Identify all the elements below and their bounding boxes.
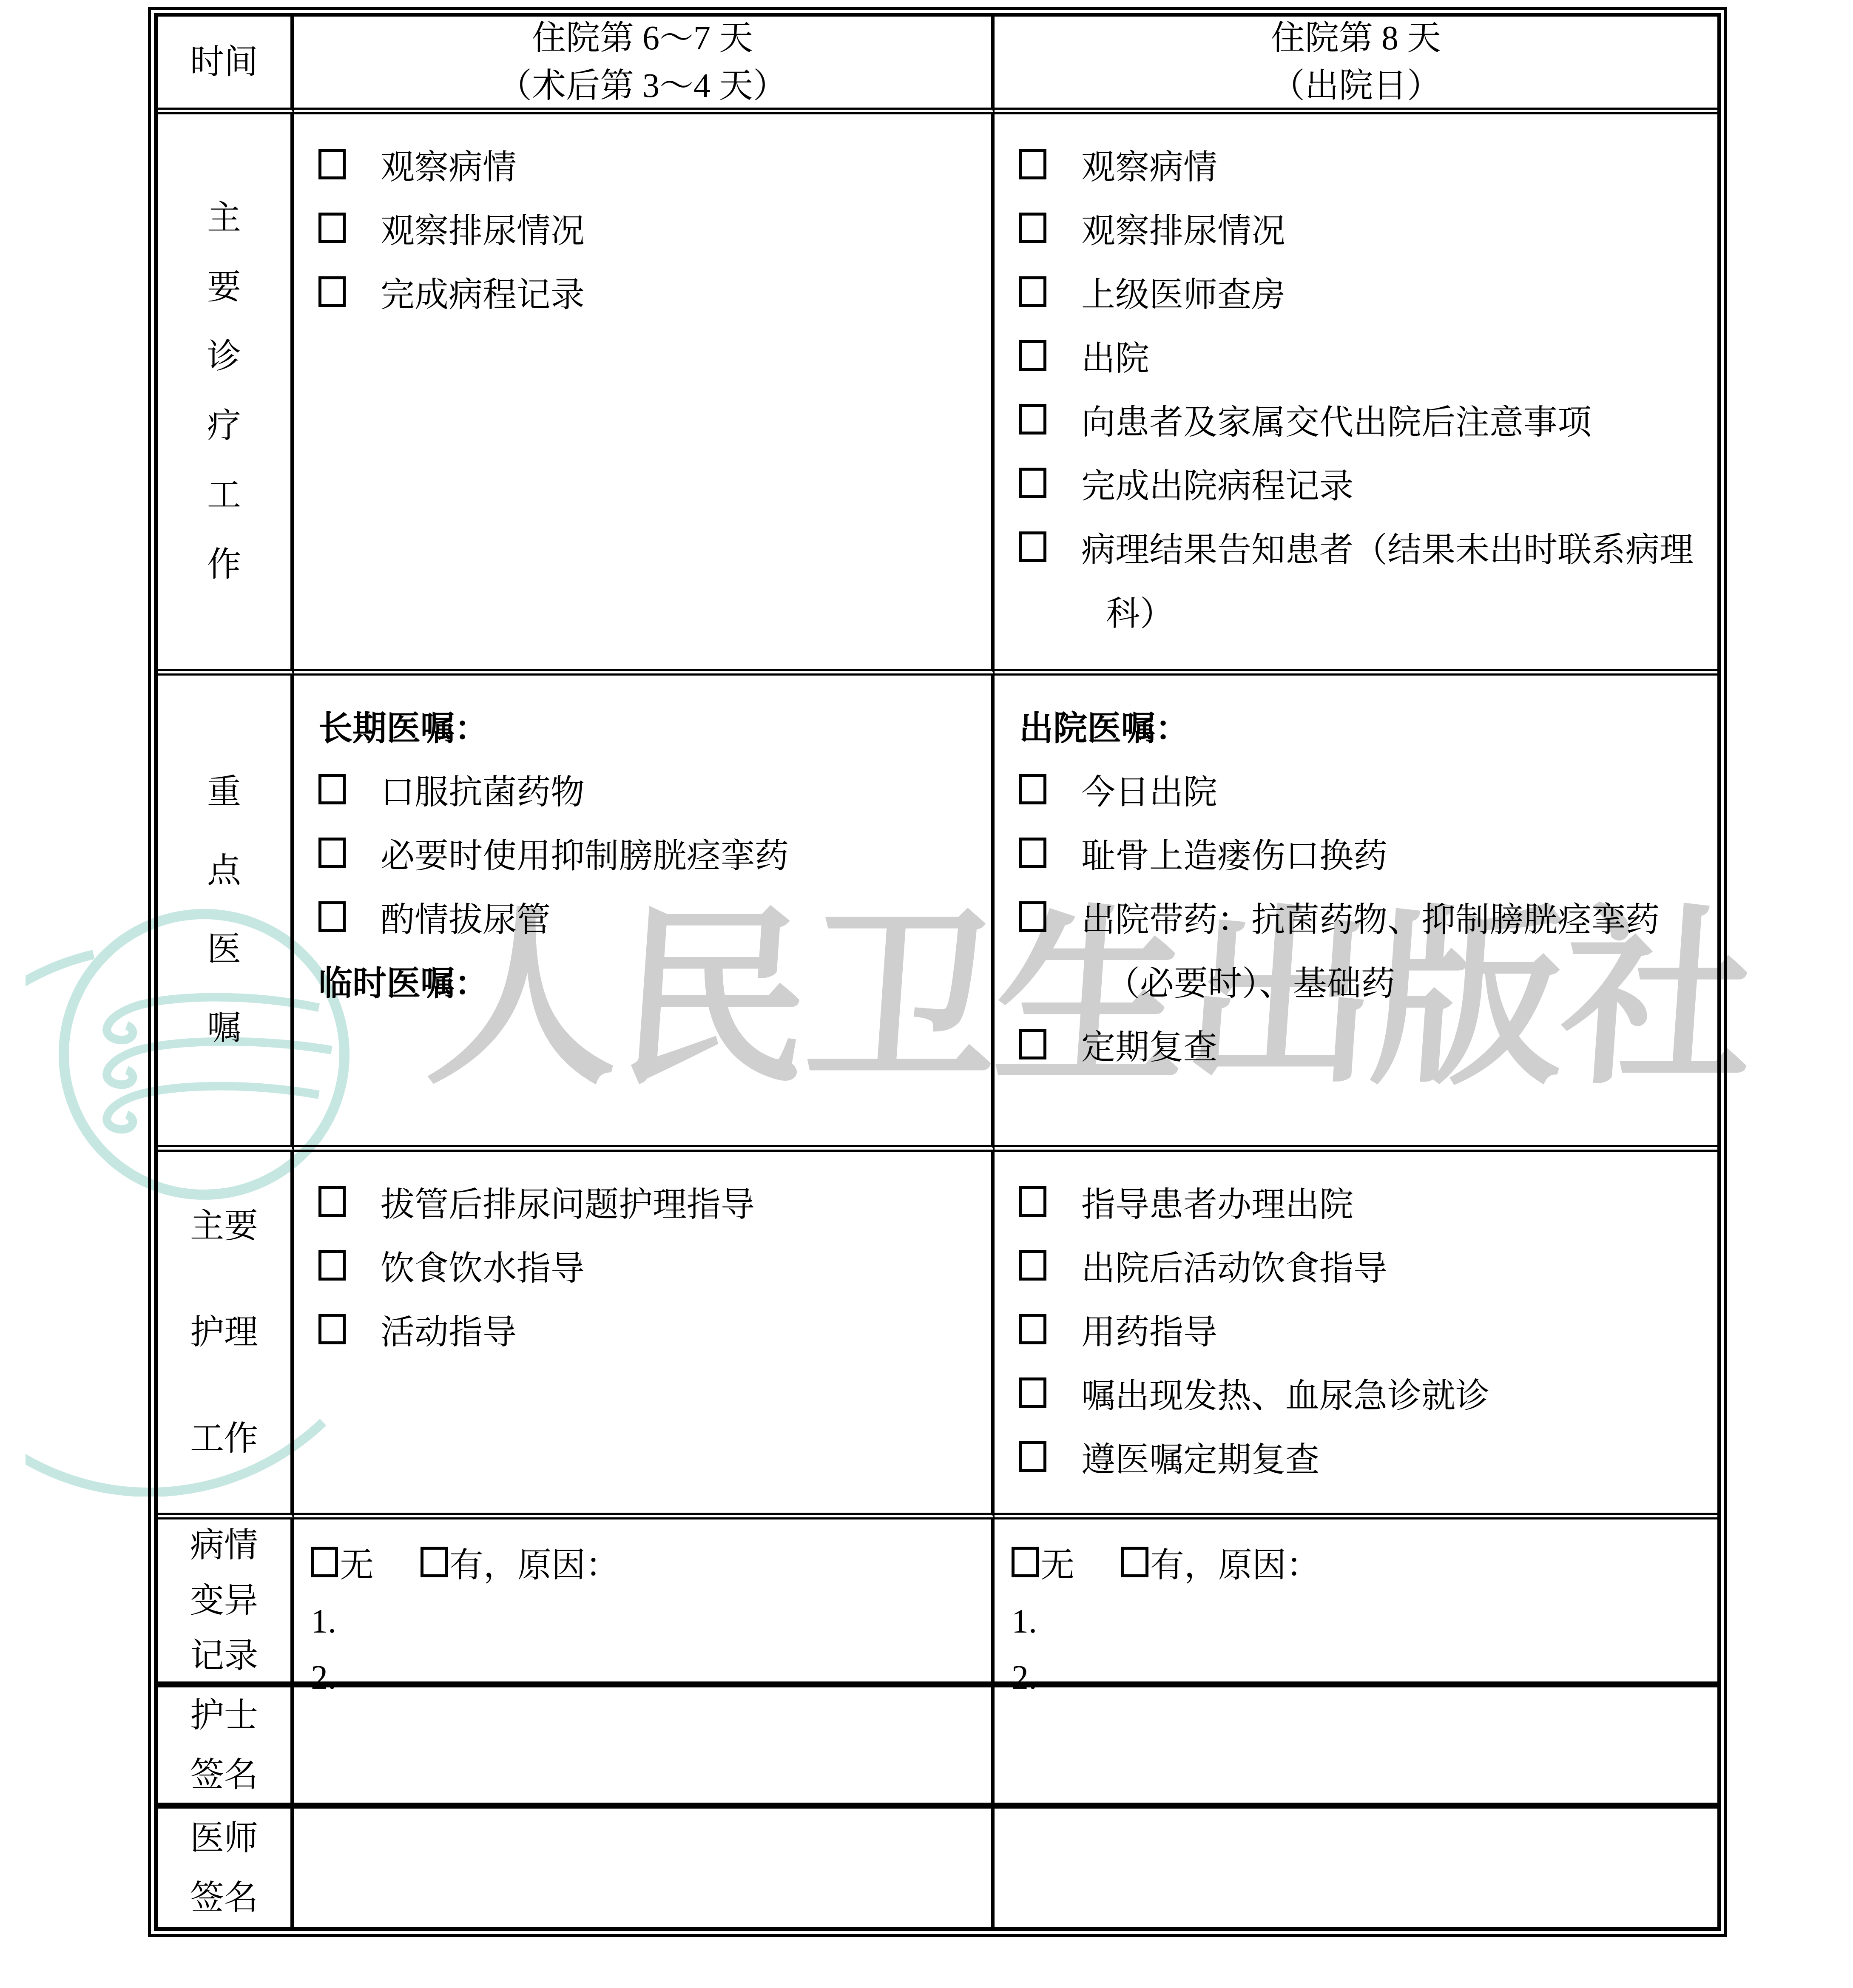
doctor-signature-day8-field[interactable] xyxy=(995,1809,1717,1927)
checklist-item: 耻骨上造瘘伤口换药 xyxy=(1019,824,1698,888)
header-day67-cell: 住院第 6～7 天 （术后第 3～4 天） xyxy=(294,17,995,114)
checklist-item: 今日出院 xyxy=(1019,761,1698,824)
row-label-char: 签名 xyxy=(190,1868,258,1928)
checklist-item: 观察排尿情况 xyxy=(1019,199,1698,263)
checklist-item-label: 出院带药：抗菌药物、抑制膀胱痉挛药（必要时）、基础药 xyxy=(1081,901,1660,1003)
row-label-variation: 病情变异记录 xyxy=(158,1519,294,1687)
row-label-char: 诊 xyxy=(207,322,241,392)
row-label-char: 嘱 xyxy=(207,989,241,1068)
checklist-item: 完成出院病程记录 xyxy=(1019,454,1698,518)
scanned-clinical-pathway-page: 人民卫生出版社 时间 住院第 6～7 天 （术后第 3～4 天） 住院第 8 天… xyxy=(0,0,1853,1988)
header-day8-line1: 住院第 8 天 xyxy=(1271,14,1441,62)
row-label-char: 工作 xyxy=(190,1386,258,1492)
header-day67-line1: 住院第 6～7 天 xyxy=(532,14,753,62)
checklist-item: 观察排尿情况 xyxy=(318,199,972,263)
row-label-char: 疗 xyxy=(207,392,241,461)
treatment-day8-cell: 观察病情 观察排尿情况 上级医师查房 出院 向患者及家属交代出院后注意事项 完成… xyxy=(995,114,1717,676)
checkbox[interactable] xyxy=(1019,404,1046,435)
checkbox[interactable] xyxy=(1019,774,1046,804)
checklist-item-label: 出院后活动饮食指导 xyxy=(1081,1250,1387,1287)
variation-day67-cell: 无有，原因： 1. 2. xyxy=(294,1519,995,1687)
checkbox[interactable] xyxy=(1019,838,1046,868)
clinical-pathway-table: 时间 住院第 6～7 天 （术后第 3～4 天） 住院第 8 天 （出院日） 主… xyxy=(148,7,1727,1937)
nurse-signature-day67-field[interactable] xyxy=(294,1687,995,1809)
checklist-item-label: 口服抗菌药物 xyxy=(381,774,585,811)
checkbox[interactable] xyxy=(1019,149,1046,179)
row-label-char: 护理 xyxy=(190,1279,258,1386)
checklist-item: 观察病情 xyxy=(1019,136,1698,199)
checkbox[interactable] xyxy=(1019,531,1046,562)
variation-yes-label: 有，原因： xyxy=(1150,1547,1320,1584)
checkbox[interactable] xyxy=(318,213,346,243)
checkbox-none[interactable] xyxy=(311,1547,338,1577)
variation-reason-line-1: 1. xyxy=(311,1593,974,1650)
checklist-item-label: 病理结果告知患者（结果未出时联系病理科） xyxy=(1081,531,1694,633)
checkbox[interactable] xyxy=(1019,276,1046,307)
checkbox[interactable] xyxy=(318,901,346,932)
checklist-item-label: 观察病情 xyxy=(1081,149,1217,186)
checklist-item: 饮食饮水指导 xyxy=(318,1237,972,1301)
checkbox[interactable] xyxy=(1019,1029,1046,1059)
temporary-orders-heading: 临时医嘱： xyxy=(318,952,972,1016)
discharge-orders-heading: 出院医嘱： xyxy=(1019,697,1698,761)
checkbox[interactable] xyxy=(1019,1314,1046,1344)
checklist-item-label: 完成病程记录 xyxy=(381,276,585,314)
variation-options-line: 无有，原因： xyxy=(1012,1537,1700,1593)
checklist-item-label: 观察排尿情况 xyxy=(381,213,585,250)
checklist-item: 出院带药：抗菌药物、抑制膀胱痉挛药（必要时）、基础药 xyxy=(1019,888,1698,1016)
checklist-item-label: 用药指导 xyxy=(1081,1314,1217,1351)
checklist-item: 酌情拔尿管 xyxy=(318,888,972,952)
row-label-char: 主要 xyxy=(190,1173,258,1279)
checklist-item-label: 拔管后排尿问题护理指导 xyxy=(381,1186,755,1224)
variation-yes-label: 有，原因： xyxy=(449,1547,620,1584)
checklist-item-label: 向患者及家属交代出院后注意事项 xyxy=(1081,404,1592,441)
checklist-item-label: 上级医师查房 xyxy=(1081,276,1285,314)
row-label-treatment: 主要诊疗工作 xyxy=(158,114,294,676)
checkbox[interactable] xyxy=(318,276,346,307)
checklist-item-label: 指导患者办理出院 xyxy=(1081,1186,1353,1224)
row-label-char: 变异 xyxy=(190,1573,258,1628)
header-time-cell: 时间 xyxy=(158,17,294,114)
row-label-char: 护士 xyxy=(190,1686,258,1745)
checklist-item-label: 耻骨上造瘘伤口换药 xyxy=(1081,838,1387,875)
checklist-item-label: 出院 xyxy=(1081,340,1149,378)
row-label-char: 主 xyxy=(207,184,241,253)
checklist-item: 活动指导 xyxy=(318,1301,972,1364)
checklist-item-label: 饮食饮水指导 xyxy=(381,1250,585,1287)
nurse-signature-day8-field[interactable] xyxy=(995,1687,1717,1809)
checkbox-none[interactable] xyxy=(1012,1547,1039,1577)
checkbox[interactable] xyxy=(1019,901,1046,932)
checklist-item: 指导患者办理出院 xyxy=(1019,1173,1698,1237)
row-label-nurse-signature: 护士签名 xyxy=(158,1687,294,1809)
checklist-item-label: 定期复查 xyxy=(1081,1029,1217,1066)
checkbox[interactable] xyxy=(1019,1250,1046,1281)
nursing-day8-cell: 指导患者办理出院 出院后活动饮食指导 用药指导 嘱出现发热、血尿急诊就诊 遵医嘱… xyxy=(995,1152,1717,1519)
checklist-item: 嘱出现发热、血尿急诊就诊 xyxy=(1019,1364,1698,1428)
checkbox[interactable] xyxy=(1019,213,1046,243)
checklist-item: 病理结果告知患者（结果未出时联系病理科） xyxy=(1019,518,1698,646)
checklist-item: 遵医嘱定期复查 xyxy=(1019,1428,1698,1492)
checkbox[interactable] xyxy=(1019,1186,1046,1217)
checklist-item: 口服抗菌药物 xyxy=(318,761,972,824)
row-label-doctor-signature: 医师签名 xyxy=(158,1809,294,1927)
variation-day8-cell: 无有，原因： 1. 2. xyxy=(995,1519,1717,1687)
checklist-item: 定期复查 xyxy=(1019,1016,1698,1079)
variation-options-line: 无有，原因： xyxy=(311,1537,974,1593)
checklist-item-label: 酌情拔尿管 xyxy=(381,901,551,939)
checklist-item: 拔管后排尿问题护理指导 xyxy=(318,1173,972,1237)
row-label-char: 医师 xyxy=(190,1809,258,1868)
checkbox[interactable] xyxy=(318,1186,346,1217)
checkbox-yes[interactable] xyxy=(1121,1547,1148,1577)
header-day67-line2: （术后第 3～4 天） xyxy=(498,62,787,110)
orders-day67-cell: 长期医嘱： 口服抗菌药物 必要时使用抑制膀胱痉挛药 酌情拔尿管 临时医嘱： xyxy=(294,676,995,1152)
row-label-char: 要 xyxy=(207,253,241,322)
row-label-char: 工 xyxy=(207,461,241,530)
row-label-char: 作 xyxy=(207,530,241,599)
checklist-item: 向患者及家属交代出院后注意事项 xyxy=(1019,391,1698,454)
checkbox[interactable] xyxy=(318,1250,346,1281)
row-label-char: 病情 xyxy=(190,1518,258,1573)
long-term-orders-list: 口服抗菌药物 必要时使用抑制膀胱痉挛药 酌情拔尿管 xyxy=(318,761,972,952)
checklist-item: 出院 xyxy=(1019,327,1698,391)
row-label-char: 记录 xyxy=(190,1628,258,1684)
treatment-day67-cell: 观察病情 观察排尿情况 完成病程记录 xyxy=(294,114,995,676)
checklist-item-label: 活动指导 xyxy=(381,1314,517,1351)
row-label-char: 重 xyxy=(207,753,241,832)
checklist-item: 完成病程记录 xyxy=(318,263,972,327)
header-time-label: 时间 xyxy=(190,38,258,86)
orders-day8-cell: 出院医嘱： 今日出院 耻骨上造瘘伤口换药 出院带药：抗菌药物、抑制膀胱痉挛药（必… xyxy=(995,676,1717,1152)
checklist-item-label: 完成出院病程记录 xyxy=(1081,468,1353,505)
checkbox[interactable] xyxy=(318,774,346,804)
header-day8-cell: 住院第 8 天 （出院日） xyxy=(995,17,1717,114)
checkbox[interactable] xyxy=(318,1314,346,1344)
variation-none-label: 无 xyxy=(340,1547,374,1584)
checklist-item: 必要时使用抑制膀胱痉挛药 xyxy=(318,824,972,888)
nursing-day67-cell: 拔管后排尿问题护理指导 饮食饮水指导 活动指导 xyxy=(294,1152,995,1519)
row-label-char: 医 xyxy=(207,910,241,989)
variation-none-label: 无 xyxy=(1040,1547,1074,1584)
row-label-char: 签名 xyxy=(190,1745,258,1805)
checkbox[interactable] xyxy=(318,149,346,179)
header-day8-line2: （出院日） xyxy=(1271,62,1441,110)
checkbox[interactable] xyxy=(1019,340,1046,371)
checklist-item: 观察病情 xyxy=(318,136,972,199)
checklist-item: 上级医师查房 xyxy=(1019,263,1698,327)
checklist-item-label: 观察排尿情况 xyxy=(1081,213,1285,250)
checkbox[interactable] xyxy=(1019,468,1046,498)
checklist-item-label: 观察病情 xyxy=(381,149,517,186)
discharge-orders-list: 今日出院 耻骨上造瘘伤口换药 出院带药：抗菌药物、抑制膀胱痉挛药（必要时）、基础… xyxy=(1019,761,1698,1079)
doctor-signature-day67-field[interactable] xyxy=(294,1809,995,1927)
checklist-item-label: 今日出院 xyxy=(1081,774,1217,811)
checkbox[interactable] xyxy=(1019,1377,1046,1408)
checklist-item-label: 遵医嘱定期复查 xyxy=(1081,1441,1319,1479)
checkbox-yes[interactable] xyxy=(421,1547,448,1577)
variation-reason-line-1: 1. xyxy=(1012,1593,1700,1650)
checklist-item-label: 嘱出现发热、血尿急诊就诊 xyxy=(1081,1377,1489,1415)
checklist-item: 用药指导 xyxy=(1019,1301,1698,1364)
long-term-orders-heading: 长期医嘱： xyxy=(318,697,972,761)
checklist-item-label: 必要时使用抑制膀胱痉挛药 xyxy=(381,838,789,875)
row-label-char: 点 xyxy=(207,832,241,910)
checkbox[interactable] xyxy=(1019,1441,1046,1472)
checkbox[interactable] xyxy=(318,838,346,868)
checklist-item: 出院后活动饮食指导 xyxy=(1019,1237,1698,1301)
row-label-orders: 重点医嘱 xyxy=(158,676,294,1152)
row-label-nursing: 主要护理工作 xyxy=(158,1152,294,1519)
